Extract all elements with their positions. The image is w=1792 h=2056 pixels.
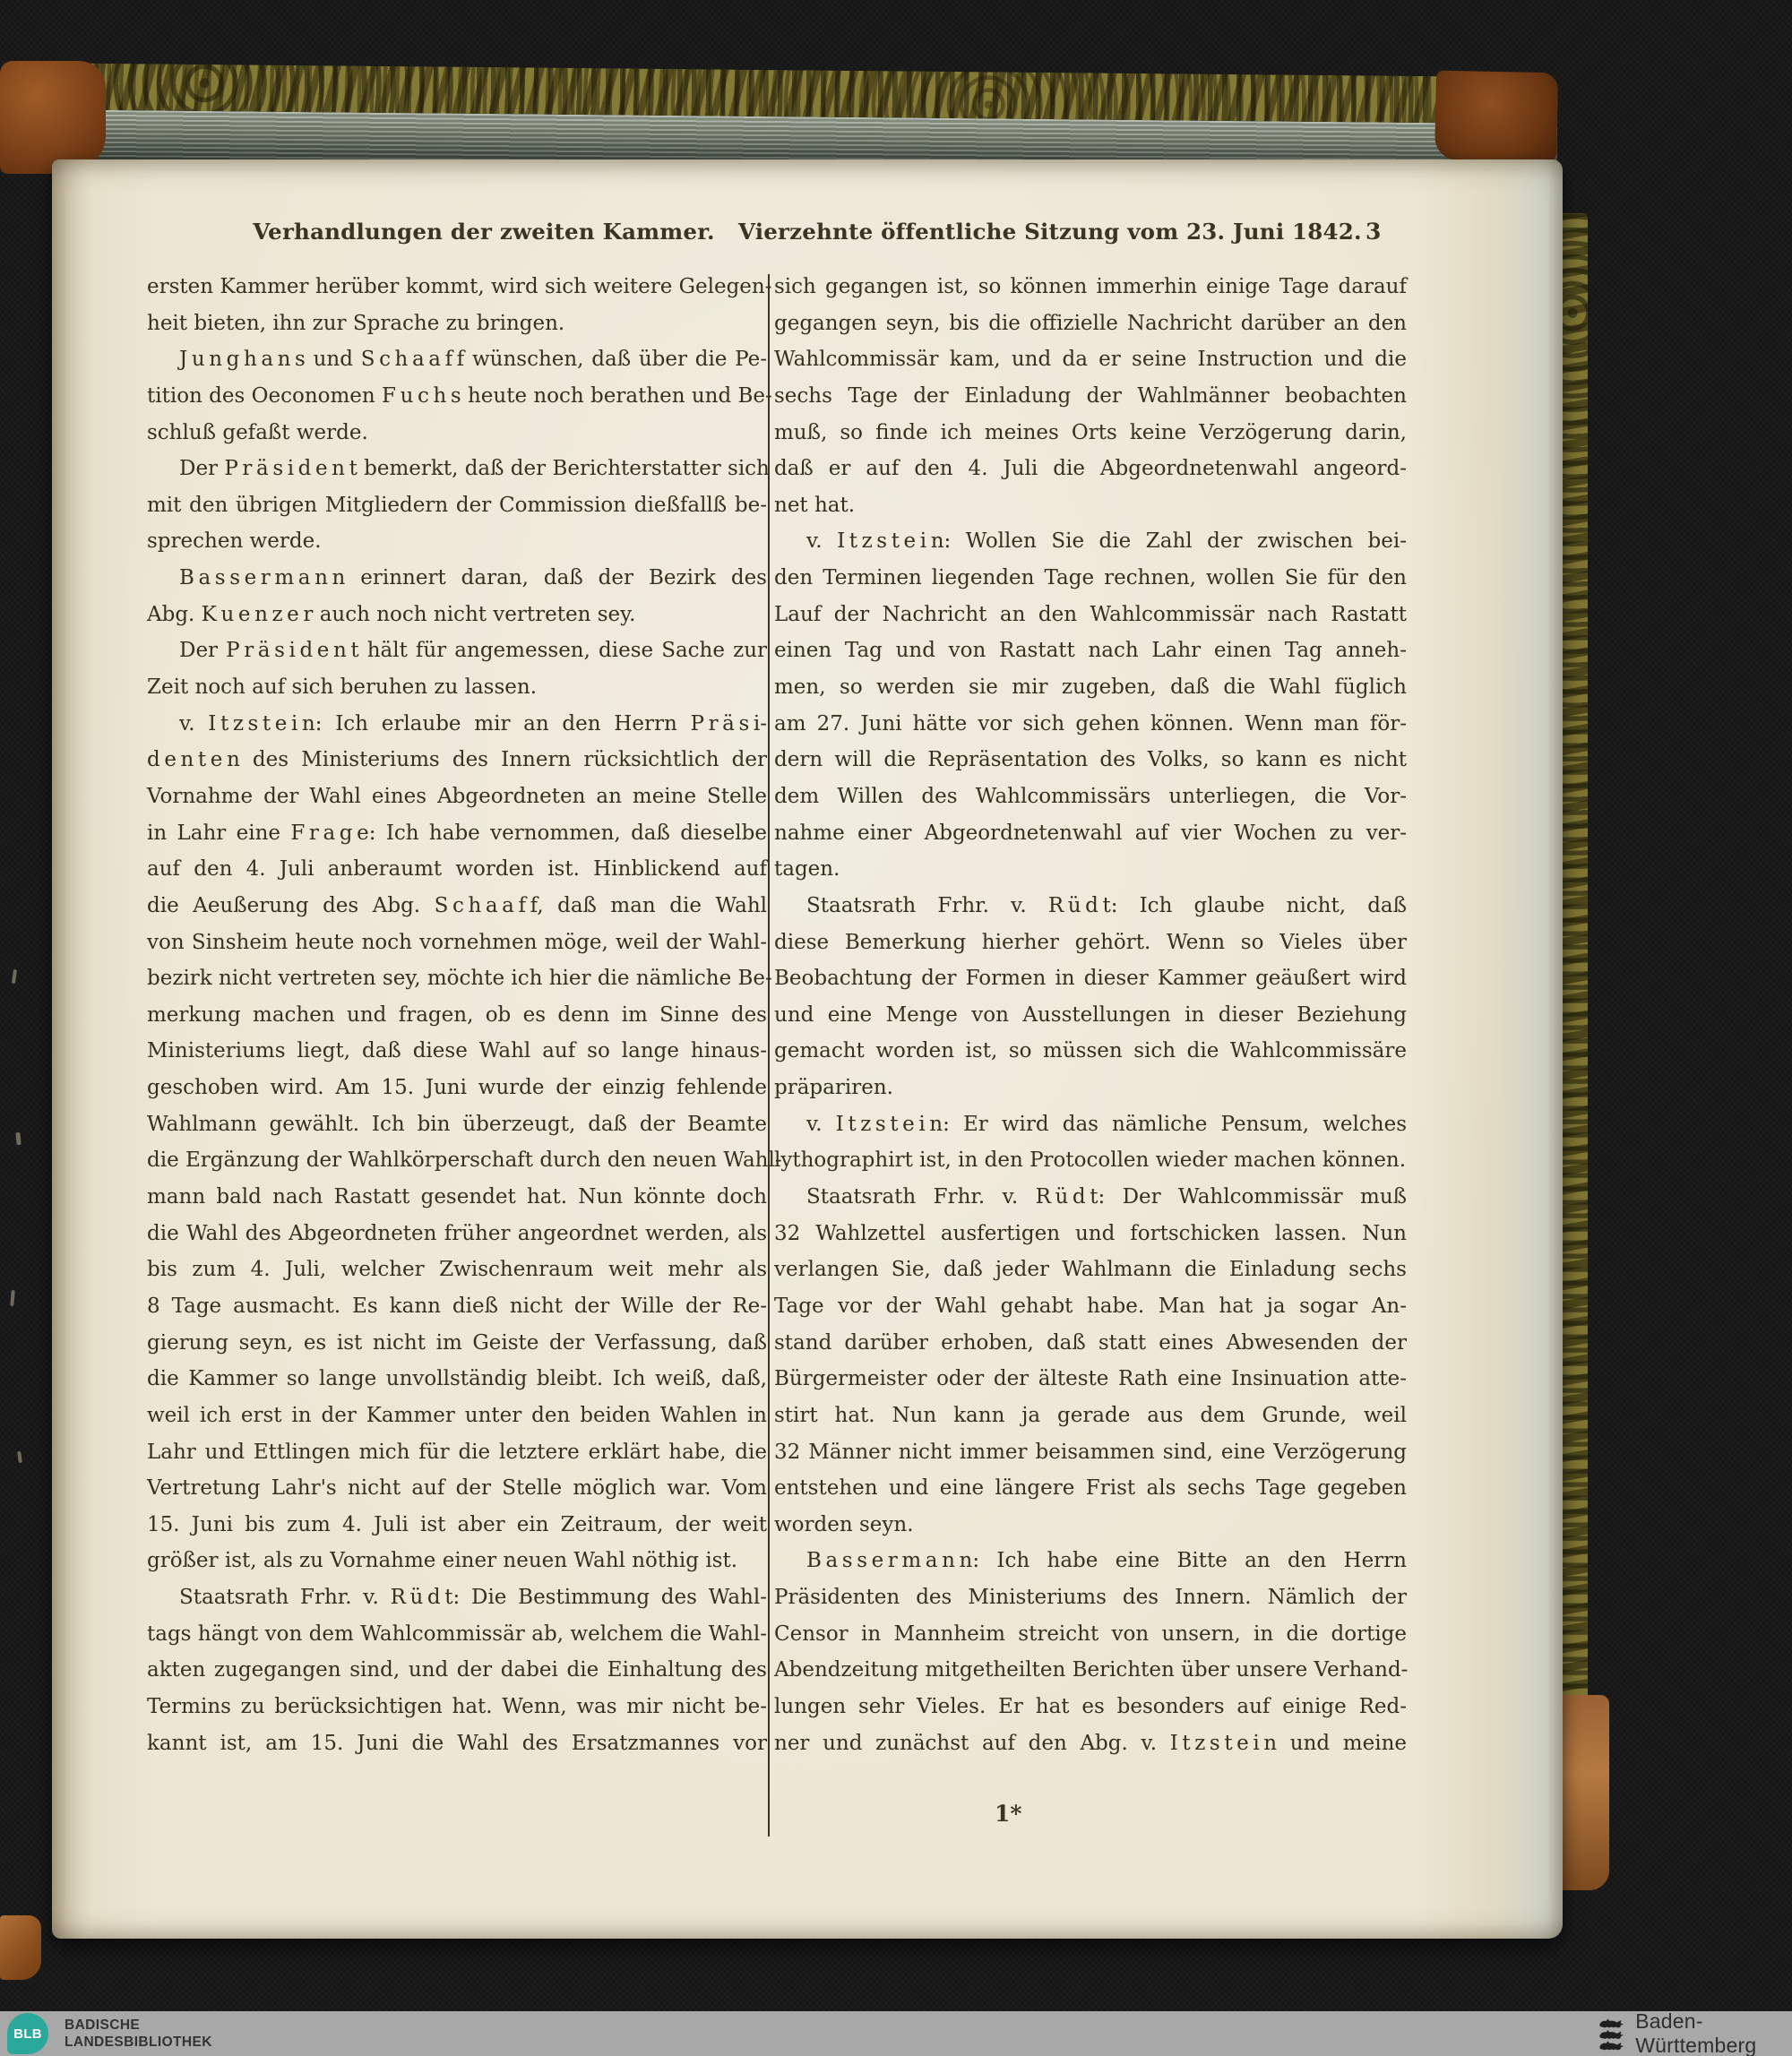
text-line: Der P r ä s i d e n t hält für angemesse… bbox=[147, 632, 767, 669]
text-line: 32 Wahlzettel ausfertigen und fortschick… bbox=[774, 1216, 1407, 1252]
text-line: stirt hat. Nun kann ja gerade aus dem Gr… bbox=[774, 1398, 1407, 1434]
text-line: lungen sehr Vieles. Er hat es besonders … bbox=[774, 1689, 1407, 1725]
text-line: tagen. bbox=[774, 851, 1407, 888]
scan-photo-background: { "header": { "title": "Verhandlungen de… bbox=[0, 0, 1792, 2056]
text-column-right: sich gegangen ist, so können immerhin ei… bbox=[774, 269, 1407, 1761]
text-line: mann bald nach Rastatt gesendet hat. Nun… bbox=[147, 1179, 767, 1216]
text-line: Wahlmann gewählt. Ich bin überzeugt, daß… bbox=[147, 1106, 767, 1143]
text-line: von Sinsheim heute noch vornehmen möge, … bbox=[147, 925, 767, 961]
text-line: ersten Kammer herüber kommt, wird sich w… bbox=[147, 269, 767, 305]
text-line: 8 Tage ausmacht. Es kann dieß nicht der … bbox=[147, 1288, 767, 1325]
text-line: Bürgermeister oder der älteste Rath eine… bbox=[774, 1361, 1407, 1398]
blb-logo: BLB bbox=[7, 2013, 48, 2054]
library-footer-bar: BLB BADISCHE LANDESBIBLIOTHEK Baden-Würt… bbox=[0, 2011, 1792, 2056]
leather-corner-top-left bbox=[0, 61, 106, 174]
text-line: Lauf der Nachricht an den Wahlcommissär … bbox=[774, 597, 1407, 633]
text-line: Vornahme der Wahl eines Abgeordneten an … bbox=[147, 779, 767, 815]
text-line: größer ist, als zu Vornahme einer neuen … bbox=[147, 1543, 767, 1579]
page-edge-fragment bbox=[17, 1451, 22, 1463]
text-line: Zeit noch auf sich beruhen zu lassen. bbox=[147, 669, 767, 706]
page-edge-fragment bbox=[15, 1132, 21, 1145]
text-line: akten zugegangen sind, und der dabei die… bbox=[147, 1652, 767, 1689]
text-line: die Aeußerung des Abg. S c h a a f f, da… bbox=[147, 888, 767, 925]
text-line: worden seyn. bbox=[774, 1507, 1407, 1544]
three-lions-coat-of-arms-icon bbox=[1597, 2013, 1626, 2054]
page-number: 3 bbox=[1366, 219, 1381, 245]
text-line: und eine Menge von Ausstellungen in dies… bbox=[774, 997, 1407, 1034]
text-line: Abg. K u e n z e r auch noch nicht vertr… bbox=[147, 597, 767, 633]
text-line: daß er auf den 4. Juli die Abgeordnetenw… bbox=[774, 451, 1407, 487]
text-line: nahme einer Abgeordnetenwahl auf vier Wo… bbox=[774, 815, 1407, 852]
text-line: lythographirt ist, in den Protocollen wi… bbox=[774, 1142, 1407, 1179]
text-line: entstehen und eine längere Frist als sec… bbox=[774, 1470, 1407, 1507]
book-top-edge bbox=[19, 63, 1557, 174]
baden-wuerttemberg-logo-group: Baden-Württemberg bbox=[1597, 2011, 1792, 2056]
text-line: mit den übrigen Mitgliedern der Commissi… bbox=[147, 487, 767, 524]
text-line: am 27. Juni hätte vor sich gehen können.… bbox=[774, 706, 1407, 743]
text-line: v. I t z s t e i n: Wollen Sie die Zahl … bbox=[774, 523, 1407, 560]
text-line: Staatsrath Frhr. v. R ü d t: Ich glaube … bbox=[774, 888, 1407, 925]
text-line: bezirk nicht vertreten sey, möchte ich h… bbox=[147, 960, 767, 997]
text-line: geschoben wird. Am 15. Juni wurde der ei… bbox=[147, 1070, 767, 1106]
text-line: Vertretung Lahr's nicht auf der Stelle m… bbox=[147, 1470, 767, 1507]
text-line: kannt ist, am 15. Juni die Wahl des Ersa… bbox=[147, 1725, 767, 1762]
text-line: Beobachtung der Formen in dieser Kammer … bbox=[774, 960, 1407, 997]
page-edge-fragment bbox=[10, 1290, 15, 1306]
text-line: in Lahr eine F r a g e: Ich habe vernomm… bbox=[147, 815, 767, 852]
text-line: B a s s e r m a n n: Ich habe eine Bitte… bbox=[774, 1543, 1407, 1579]
blb-library-name: BADISCHE LANDESBIBLIOTHEK bbox=[65, 2017, 212, 2051]
text-line: dern will die Repräsentation des Volks, … bbox=[774, 742, 1407, 779]
text-line: Ministeriums liegt, daß diese Wahl auf s… bbox=[147, 1033, 767, 1070]
blb-name-line1: BADISCHE bbox=[65, 2017, 212, 2034]
text-line: präpariren. bbox=[774, 1070, 1407, 1106]
text-line: v. I t z s t e i n: Ich erlaube mir an d… bbox=[147, 706, 767, 743]
text-line: gierung seyn, es ist nicht im Geiste der… bbox=[147, 1325, 767, 1362]
text-line: sechs Tage der Einladung der Wahlmänner … bbox=[774, 378, 1407, 415]
text-line: Präsidenten des Ministeriums des Innern.… bbox=[774, 1579, 1407, 1616]
blb-logo-abbr: BLB bbox=[13, 2026, 42, 2042]
text-line: 15. Juni bis zum 4. Juli ist aber ein Ze… bbox=[147, 1507, 767, 1544]
text-line: stand darüber erhoben, daß statt eines A… bbox=[774, 1325, 1407, 1362]
column-divider-rule bbox=[768, 274, 770, 1837]
text-line: sich gegangen ist, so können immerhin ei… bbox=[774, 269, 1407, 305]
text-line: die Wahl des Abgeordneten früher angeord… bbox=[147, 1216, 767, 1252]
text-line: dem Willen des Wahlcommissärs unterliege… bbox=[774, 779, 1407, 815]
baden-wuerttemberg-label: Baden-Württemberg bbox=[1635, 2009, 1792, 2056]
leather-corner-bottom-left bbox=[0, 1915, 41, 1980]
book-page: Verhandlungen der zweiten Kammer. Vierze… bbox=[52, 159, 1563, 1939]
text-line: J u n g h a n s und S c h a a f f wünsch… bbox=[147, 341, 767, 378]
text-line: d e n t e n des Ministeriums des Innern … bbox=[147, 742, 767, 779]
text-line: Tage vor der Wahl gehabt habe. Man hat j… bbox=[774, 1288, 1407, 1325]
text-line: auf den 4. Juli anberaumt worden ist. Hi… bbox=[147, 851, 767, 888]
text-line: einen Tag und von Rastatt nach Lahr eine… bbox=[774, 632, 1407, 669]
leather-corner-top-right bbox=[1434, 71, 1558, 163]
leather-edge-bottom-right bbox=[1561, 1695, 1609, 1890]
text-line: muß, so finde ich meines Orts keine Verz… bbox=[774, 415, 1407, 452]
blb-name-line2: LANDESBIBLIOTHEK bbox=[65, 2034, 212, 2051]
text-line: sprechen werde. bbox=[147, 523, 767, 560]
text-line: diese Bemerkung hierher gehört. Wenn so … bbox=[774, 925, 1407, 961]
text-line: ner und zunächst auf den Abg. v. I t z s… bbox=[774, 1725, 1407, 1762]
text-line: Termins zu berücksichtigen hat. Wenn, wa… bbox=[147, 1689, 767, 1725]
text-line: net hat. bbox=[774, 487, 1407, 524]
text-line: merkung machen und fragen, ob es denn im… bbox=[147, 997, 767, 1034]
text-line: heit bieten, ihn zur Sprache zu bringen. bbox=[147, 305, 767, 342]
text-line: weil ich erst in der Kammer unter den be… bbox=[147, 1398, 767, 1434]
text-line: 32 Männer nicht immer beisammen sind, ei… bbox=[774, 1434, 1407, 1471]
text-line: die Ergänzung der Wahlkörperschaft durch… bbox=[147, 1142, 767, 1179]
text-line: v. I t z s t e i n: Er wird das nämliche… bbox=[774, 1106, 1407, 1143]
text-line: Staatsrath Frhr. v. R ü d t: Der Wahlcom… bbox=[774, 1179, 1407, 1216]
text-line: bis zum 4. Juli, welcher Zwischenraum we… bbox=[147, 1252, 767, 1288]
text-line: men, so werden sie mir zugeben, daß die … bbox=[774, 669, 1407, 706]
text-line: verlangen Sie, daß jeder Wahlmann die Ei… bbox=[774, 1252, 1407, 1288]
text-line: die Kammer so lange unvollständig bleibt… bbox=[147, 1361, 767, 1398]
text-line: gemacht worden ist, so müssen sich die W… bbox=[774, 1033, 1407, 1070]
text-line: tition des Oeconomen F u c h s heute noc… bbox=[147, 378, 767, 415]
text-line: Staatsrath Frhr. v. R ü d t: Die Bestimm… bbox=[147, 1579, 767, 1616]
text-line: schluß gefaßt werde. bbox=[147, 415, 767, 452]
page-edge-fragment bbox=[12, 969, 17, 984]
text-line: gegangen seyn, bis die offizielle Nachri… bbox=[774, 305, 1407, 342]
text-line: B a s s e r m a n n erinnert daran, daß … bbox=[147, 560, 767, 597]
signature-mark: 1* bbox=[995, 1801, 1021, 1827]
text-line: tags hängt von dem Wahlcommissär ab, wel… bbox=[147, 1616, 767, 1653]
text-line: Wahlcommissär kam, und da er seine Instr… bbox=[774, 341, 1407, 378]
text-line: Der P r ä s i d e n t bemerkt, daß der B… bbox=[147, 451, 767, 487]
text-line: Censor in Mannheim streicht von unsern, … bbox=[774, 1616, 1407, 1653]
running-header: Verhandlungen der zweiten Kammer. Vierze… bbox=[52, 219, 1563, 245]
text-line: Abendzeitung mitgetheilten Berichten übe… bbox=[774, 1652, 1407, 1689]
text-line: Lahr und Ettlingen mich für die letztere… bbox=[147, 1434, 767, 1471]
text-column-left: ersten Kammer herüber kommt, wird sich w… bbox=[147, 269, 767, 1761]
text-line: den Terminen liegenden Tage rechnen, wol… bbox=[774, 560, 1407, 597]
